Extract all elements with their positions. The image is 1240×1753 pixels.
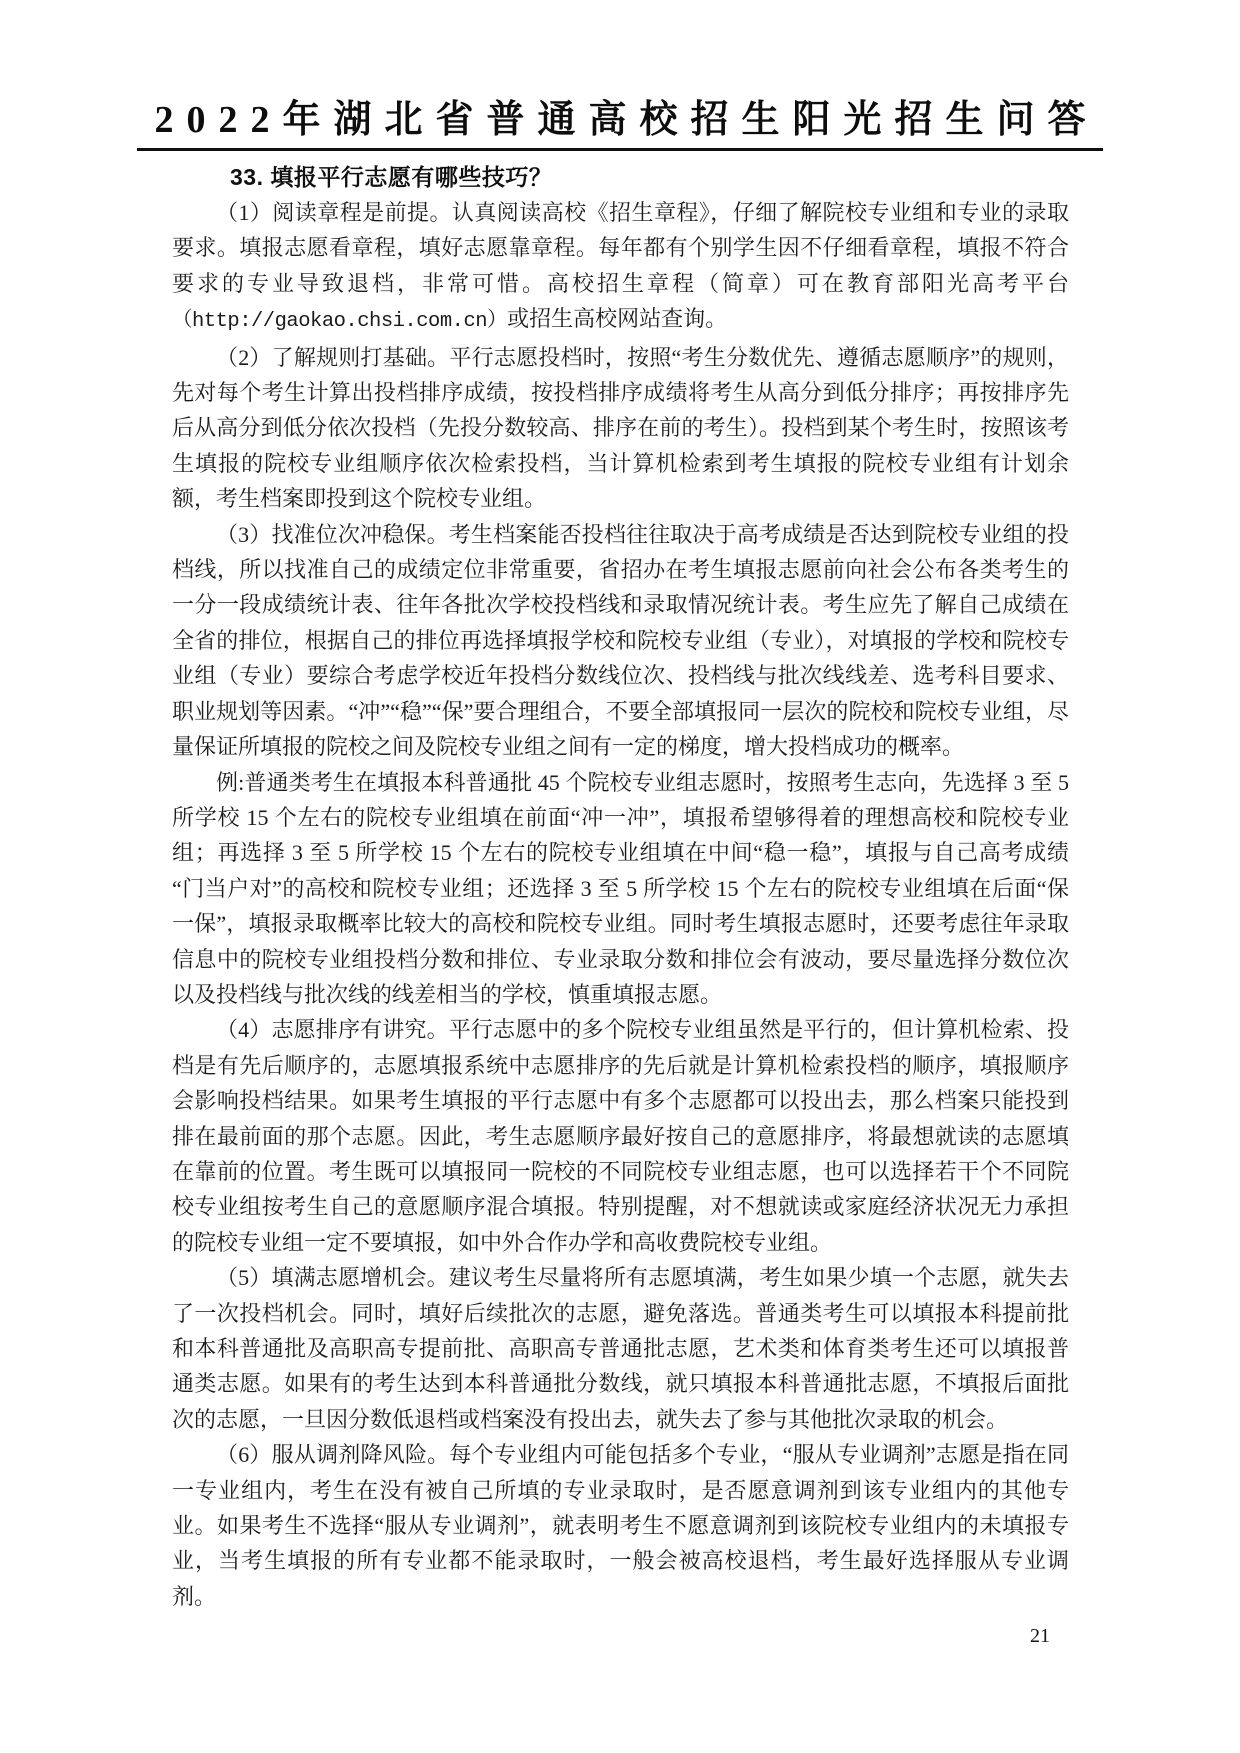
document-header: 2022年湖北省普通高校招生阳光招生问答 — [0, 0, 1240, 151]
page-number: 21 — [1030, 1624, 1050, 1648]
paragraph-2: （2）了解规则打基础。平行志愿投档时，按照“考生分数优先、遵循志愿顺序”的规则，… — [172, 340, 1069, 517]
document-body: 33. 填报平行志愿有哪些技巧？ （1）阅读章程是前提。认真阅读高校《招生章程》… — [172, 159, 1069, 1614]
paragraph-6: （6）服从调剂降风险。每个专业组内可能包括多个专业，“服从专业调剂”志愿是指在同… — [172, 1437, 1069, 1614]
document-header-title: 2022年湖北省普通高校招生阳光招生问答 — [137, 98, 1102, 151]
paragraph-1: （1）阅读章程是前提。认真阅读高校《招生章程》，仔细了解院校专业组和专业的录取要… — [172, 195, 1069, 340]
paragraph-4: （4）志愿排序有讲究。平行志愿中的多个院校专业组虽然是平行的，但计算机检索、投档… — [172, 1012, 1069, 1260]
paragraph-3: （3）找准位次冲稳保。考生档案能否投档往往取决于高考成绩是否达到院校专业组的投档… — [172, 517, 1069, 765]
document-page: 2022年湖北省普通高校招生阳光招生问答 33. 填报平行志愿有哪些技巧？ （1… — [0, 0, 1240, 1753]
paragraph-example: 例:普通类考生在填报本科普通批 45 个院校专业组志愿时，按照考生志向，先选择 … — [172, 765, 1069, 1013]
gaokao-platform-url: （http://gaokao.chsi.com.cn） — [172, 310, 507, 333]
paragraph-5: （5）填满志愿增机会。建议考生尽量将所有志愿填满，考生如果少填一个志愿，就失去了… — [172, 1260, 1069, 1437]
question-heading: 33. 填报平行志愿有哪些技巧？ — [172, 159, 1069, 195]
